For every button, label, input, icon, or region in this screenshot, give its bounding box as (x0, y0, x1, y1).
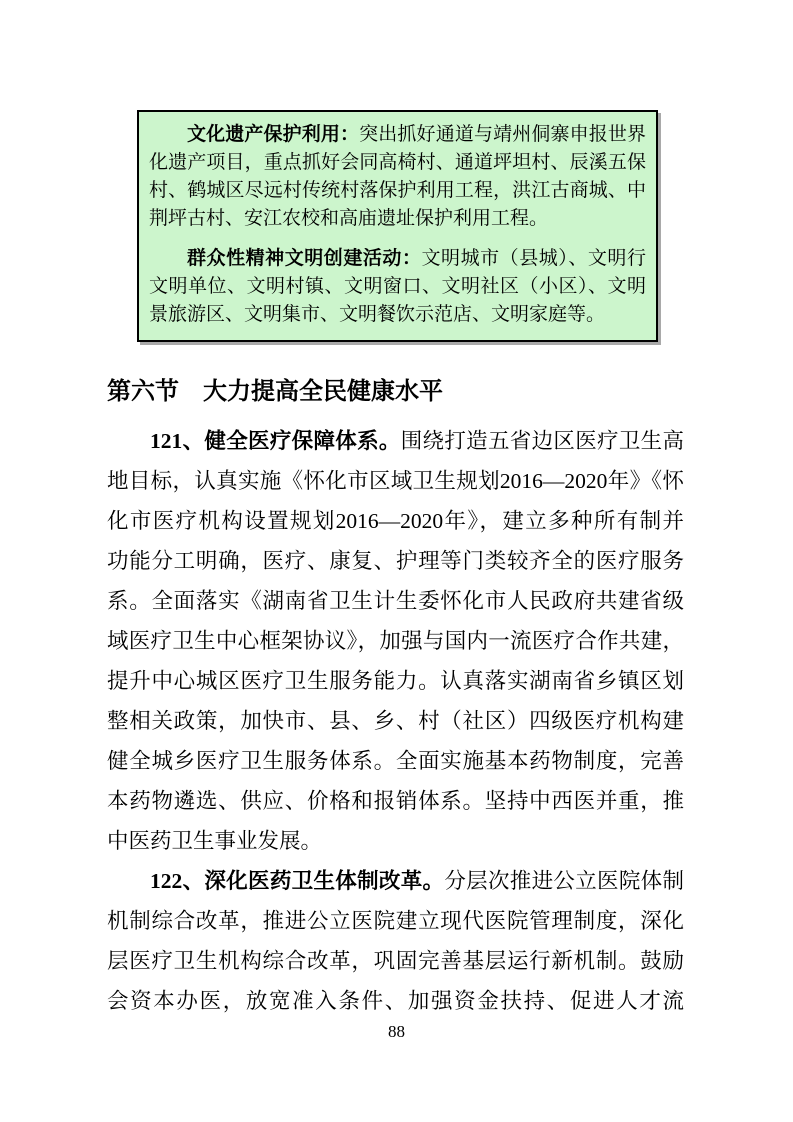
text-line: 122、深化医药卫生体制改革。分层次推进公立医院体制 (107, 861, 684, 901)
text-line: 荆坪古村、安江农校和高庙遗址保护利用工程。 (149, 205, 646, 233)
text-line: 121、健全医疗保障体系。围绕打造五省边区医疗卫生高 (107, 421, 684, 461)
text-line: 中医药卫生事业发展。 (107, 821, 684, 861)
box-paragraph-label: 文化遗产保护利用： (187, 124, 359, 145)
text-line: 域医疗卫生中心框架协议》，加强与国内一流医疗合作共建， (107, 621, 684, 661)
text-line: 群众性精神文明创建活动：文明城市（县城）、文明行业、 (149, 245, 646, 273)
page-number: 88 (0, 1022, 793, 1042)
text-line: 功能分工明确，医疗、康复、护理等门类较齐全的医疗服务体 (107, 541, 684, 581)
text-line: 地目标，认真实施《怀化市区域卫生规划2016—2020年》《怀 (107, 461, 684, 501)
paragraph-label: 122、深化医药卫生体制改革。 (150, 869, 444, 893)
text-line: 整相关政策，加快市、县、乡、村（社区）四级医疗机构建设， (107, 701, 684, 741)
text-line: 系。全面落实《湖南省卫生计生委怀化市人民政府共建省级区 (107, 581, 684, 621)
section-heading: 第六节 大力提高全民健康水平 (107, 376, 684, 408)
text-line: 机制综合改革，推进公立医院建立现代医院管理制度，深化基 (107, 901, 684, 941)
text-line: 提升中心城区医疗卫生服务能力。认真落实湖南省乡镇区划调 (107, 661, 684, 701)
text-line: 化遗产项目，重点抓好会同高椅村、通道坪坦村、辰溪五保田 (149, 149, 646, 177)
box-paragraph-civilization: 群众性精神文明创建活动：文明城市（县城）、文明行业、 文明单位、文明村镇、文明窗… (149, 245, 646, 329)
text-line: 文化遗产保护利用：突出抓好通道与靖州侗寨申报世界文 (149, 121, 646, 149)
line-text: 分层次推进公立医院体制 (444, 869, 684, 893)
document-page: 文化遗产保护利用：突出抓好通道与靖州侗寨申报世界文 化遗产项目，重点抓好会同高椅… (0, 0, 793, 1122)
text-line: 本药物遴选、供应、价格和报销体系。坚持中西医并重，推动 (107, 781, 684, 821)
text-line: 化市医疗机构设置规划2016—2020年》，建立多种所有制并存， (107, 501, 684, 541)
text-line: 村、鹤城区尽远村传统村落保护利用工程，洪江古商城、中方 (149, 177, 646, 205)
text-line: 文明单位、文明村镇、文明窗口、文明社区（小区）、文明风 (149, 273, 646, 301)
document-body: 文化遗产保护利用：突出抓好通道与靖州侗寨申报世界文 化遗产项目，重点抓好会同高椅… (107, 110, 684, 1021)
text-line: 景旅游区、文明集市、文明餐饮示范店、文明家庭等。 (149, 301, 646, 329)
paragraph-121: 121、健全医疗保障体系。围绕打造五省边区医疗卫生高 地目标，认真实施《怀化市区… (107, 421, 684, 861)
text-line: 会资本办医，放宽准入条件、加强资金扶持、促进人才流动、 (107, 981, 684, 1021)
paragraph-label: 121、健全医疗保障体系。 (150, 429, 401, 453)
highlight-box: 文化遗产保护利用：突出抓好通道与靖州侗寨申报世界文 化遗产项目，重点抓好会同高椅… (137, 110, 658, 342)
text-line: 层医疗卫生机构综合改革，巩固完善基层运行新机制。鼓励社 (107, 941, 684, 981)
text-line: 健全城乡医疗卫生服务体系。全面实施基本药物制度，完善基 (107, 741, 684, 781)
box-paragraph-label: 群众性精神文明创建活动： (187, 248, 422, 269)
box-paragraph-heritage: 文化遗产保护利用：突出抓好通道与靖州侗寨申报世界文 化遗产项目，重点抓好会同高椅… (149, 121, 646, 233)
line-text: 围绕打造五省边区医疗卫生高 (401, 429, 684, 453)
paragraph-122: 122、深化医药卫生体制改革。分层次推进公立医院体制 机制综合改革，推进公立医院… (107, 861, 684, 1021)
